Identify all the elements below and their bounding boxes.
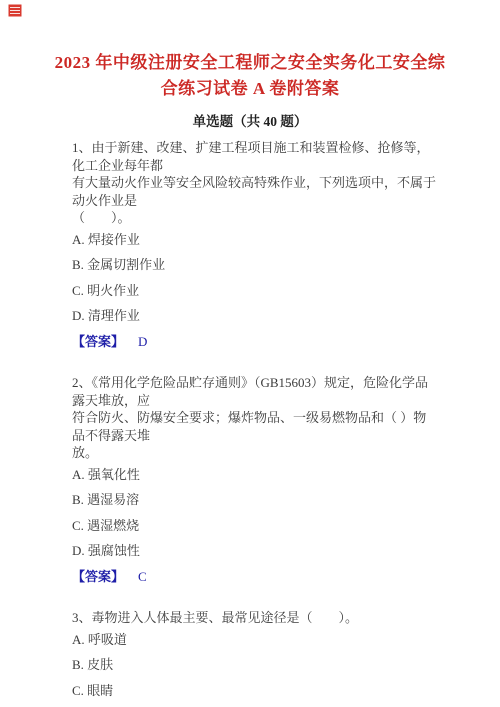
answer-value: C	[138, 569, 147, 584]
document-title-line1: 2023 年中级注册安全工程师之安全实务化工安全综	[40, 50, 460, 76]
question-2-text-line1: 2、《常用化学危险品贮存通则》（GB15603）规定，危险化学品露天堆放，应	[72, 374, 438, 409]
question-3-option-c: C. 眼睛	[72, 678, 438, 704]
question-1-option-c: C. 明火作业	[72, 278, 438, 304]
answer-label: 【答案】	[72, 334, 124, 349]
question-2-option-c: C. 遇湿燃烧	[72, 513, 438, 539]
question-1-option-d: D. 清理作业	[72, 303, 438, 329]
question-3-option-a: A. 呼吸道	[72, 627, 438, 653]
answer-value: D	[138, 334, 147, 349]
question-2-text-line3: 放。	[72, 444, 438, 462]
question-2: 2、《常用化学危险品贮存通则》（GB15603）规定，危险化学品露天堆放，应 符…	[72, 374, 438, 589]
corner-stamp-icon	[8, 4, 22, 17]
question-3: 3、毒物进入人体最主要、最常见途径是（ ）。 A. 呼吸道 B. 皮肤 C. 眼…	[72, 609, 438, 703]
section-heading: 单选题（共 40 题）	[0, 113, 500, 131]
question-3-option-b: B. 皮肤	[72, 652, 438, 678]
question-1-answer-row: 【答案】D	[72, 329, 438, 355]
exam-document-page: 2023 年中级注册安全工程师之安全实务化工安全综 合练习试卷 A 卷附答案 单…	[0, 0, 500, 707]
question-2-option-d: D. 强腐蚀性	[72, 538, 438, 564]
question-1-option-b: B. 金属切割作业	[72, 252, 438, 278]
question-3-text-line1: 3、毒物进入人体最主要、最常见途径是（ ）。	[72, 609, 438, 627]
question-2-option-b: B. 遇湿易溶	[72, 487, 438, 513]
question-1-text-line1: 1、由于新建、改建、扩建工程项目施工和装置检修、抢修等，化工企业每年都	[72, 139, 438, 174]
question-2-option-a: A. 强氧化性	[72, 462, 438, 488]
document-title: 2023 年中级注册安全工程师之安全实务化工安全综 合练习试卷 A 卷附答案	[40, 50, 460, 102]
question-1-option-a: A. 焊接作业	[72, 227, 438, 253]
questions-list: 1、由于新建、改建、扩建工程项目施工和装置检修、抢修等，化工企业每年都 有大量动…	[0, 139, 500, 703]
question-2-text-line2: 符合防火、防爆安全要求；爆炸物品、一级易燃物品和（ ）物品不得露天堆	[72, 409, 438, 444]
question-2-answer-row: 【答案】C	[72, 564, 438, 590]
question-1-text-line2: 有大量动火作业等安全风险较高特殊作业，下列选项中，不属于动火作业是	[72, 174, 438, 209]
document-title-line2: 合练习试卷 A 卷附答案	[40, 76, 460, 102]
answer-label: 【答案】	[72, 569, 124, 584]
question-1-text-line3: （ ）。	[72, 209, 438, 227]
question-1: 1、由于新建、改建、扩建工程项目施工和装置检修、抢修等，化工企业每年都 有大量动…	[72, 139, 438, 354]
